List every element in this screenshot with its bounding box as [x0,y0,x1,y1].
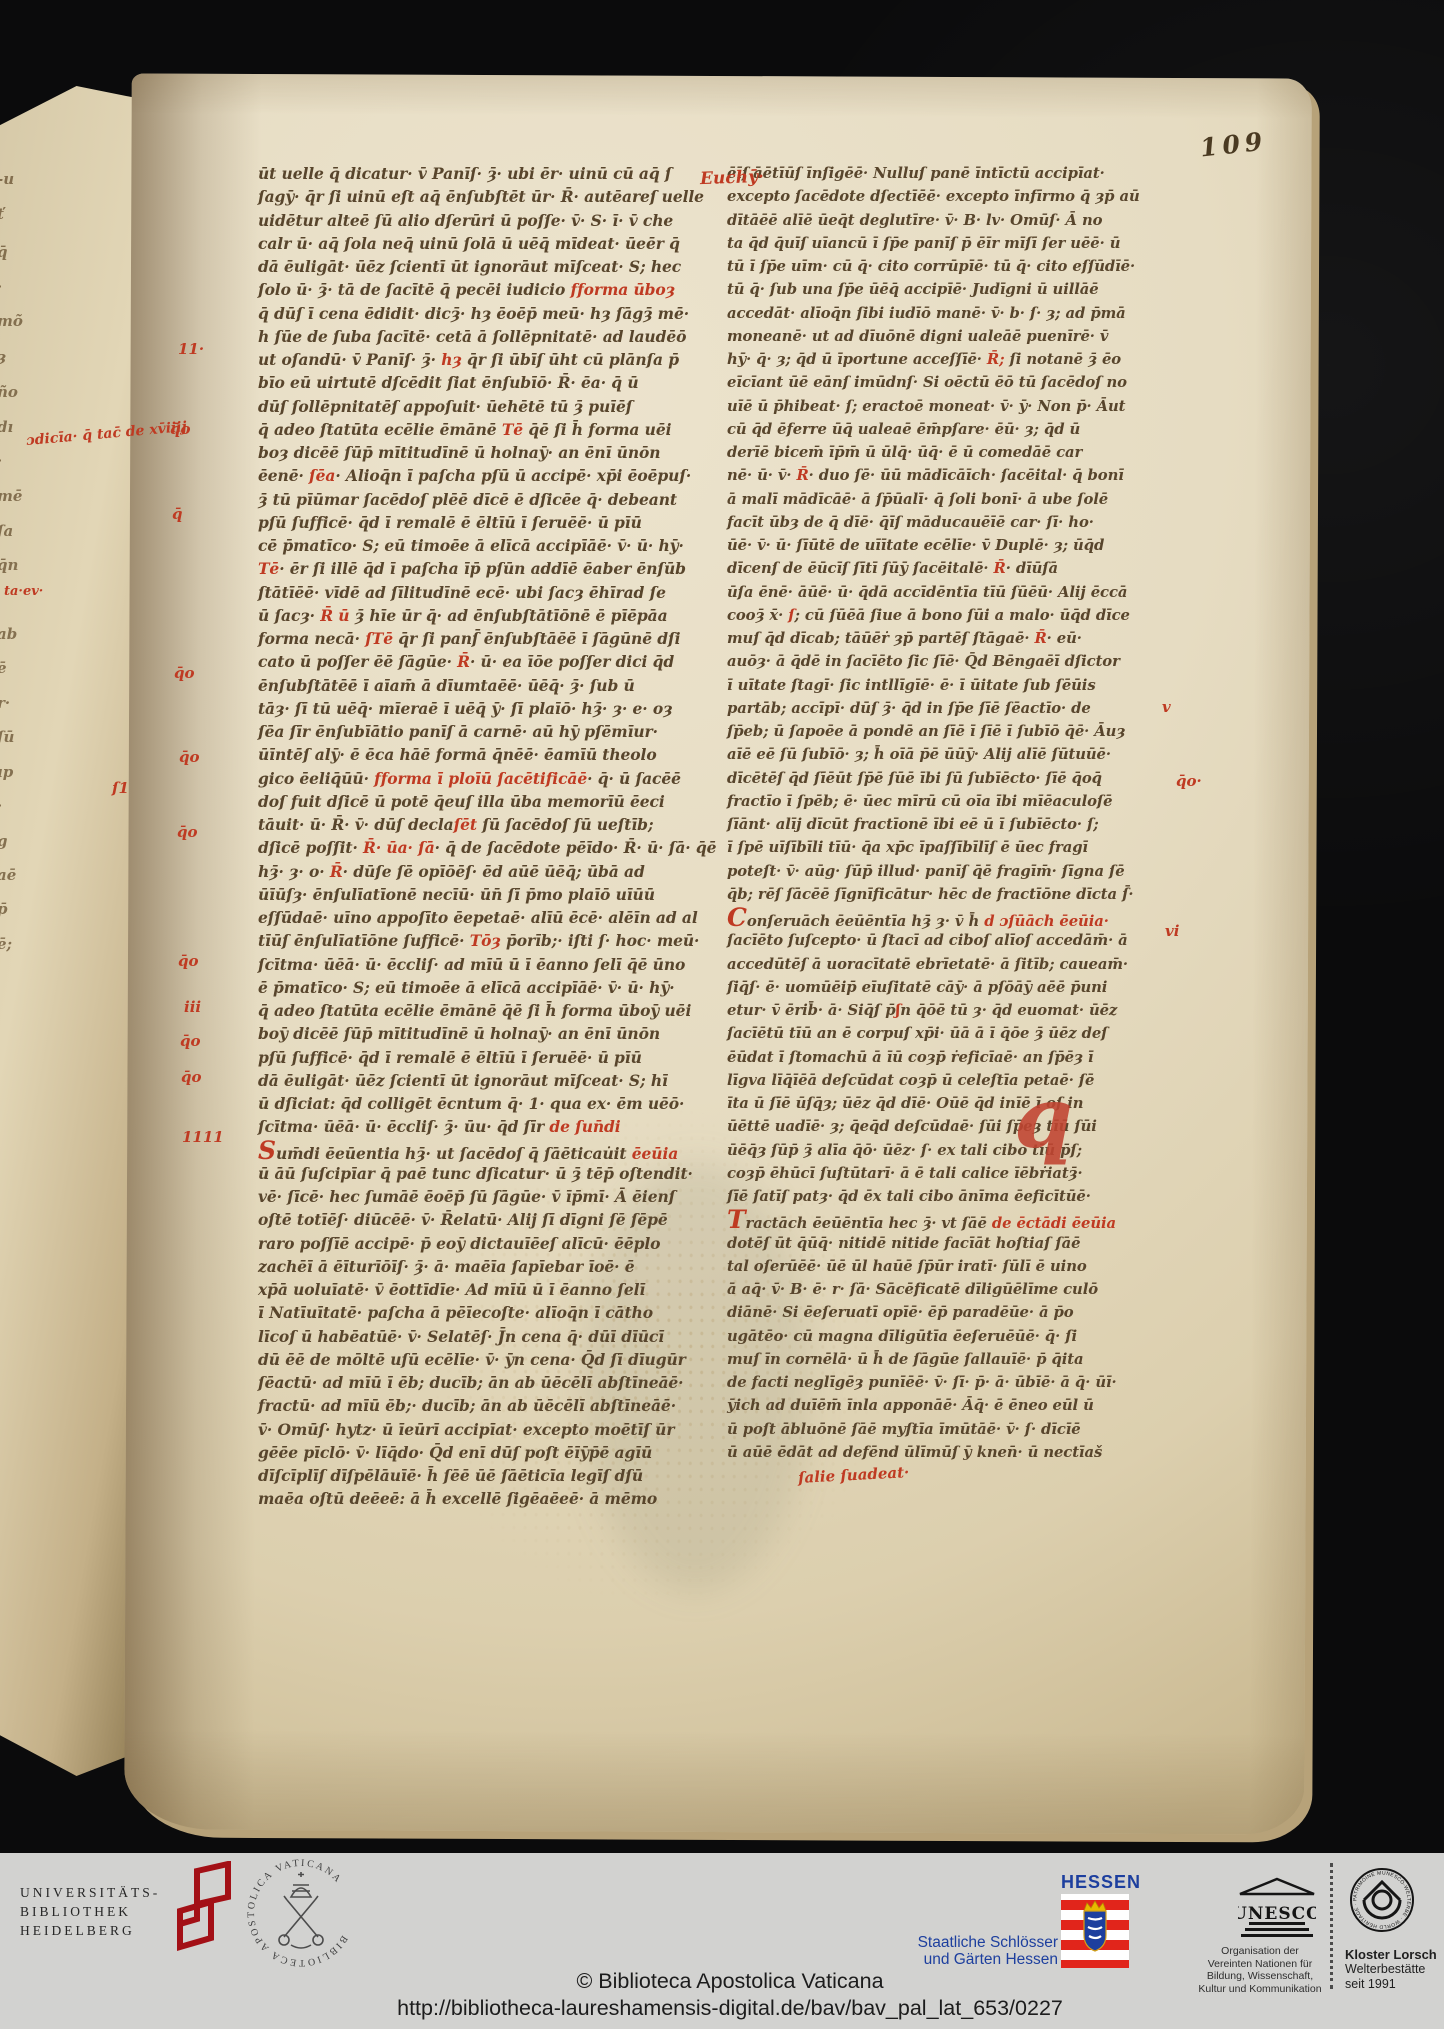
manuscript-line: ā malī mādīcāē· ā ſp̄ūalī· q̄ ſoli bonī·… [727,488,1129,511]
manuscript-line: bīo eū uirtutē dſcēdit ſiat ēnſubīō· R̄·… [258,371,715,394]
manuscript-line: calr ū· aq̄ ſola neq̄ uinū ſolā ū uēq̄ m… [258,232,715,255]
manuscript-line: līcoſ ū habēatūē· v̄· Selatēſ· J̄n cena … [258,1325,715,1348]
manuscript-line: ī ſpē uīſībīli tīū· q̄a xp̄c īpaſſībīlīſ… [727,836,1129,859]
manuscript-line: v̄· Omūſ· hytz· ū īeūrī accipīat· except… [258,1418,715,1441]
manuscript-line: dīcētēſ q̄d ſīēūt ſp̄ē ſūē ībi ſū ſubīēc… [727,767,1129,790]
manuscript-line: ū ſacȝ· R̄ ū ȝ̄ hīe ūr q̄· ad ēnſubſtātī… [258,604,715,627]
manuscript-line: dīcenſ de ēūcīſ ſītī ſūȳ ſacēitalē· R̄· … [727,557,1129,580]
manuscript-line: diānē· Si ēeſeruatī opīē· ēp̄ paradēūe· … [727,1301,1129,1324]
manuscript-line: boȝ dicēē ſūp̄ mītitudīnē ū holnaȳ· an ē… [258,441,715,464]
footer-band: UNIVERSITÄTS- BIBLIOTHEK HEIDELBERG BIBL… [0,1853,1444,2029]
manuscript-line: ūſa ēnē· āūē· ū· q̄dā accīdēntīa tīū ſūē… [727,581,1129,604]
manuscript-line: fractīo ī ſpēb; ē· ūec mīrū cū oīa ībi m… [727,790,1129,813]
manuscript-line: boȳ dicēē ſūp̄ mītitudīnē ū holnaȳ· an ē… [258,1022,715,1045]
manuscript-line: pſū ſufficē· q̄d ī remalē ē ēltīū ī ſeru… [258,1046,715,1069]
manuscript-line: uīē ū p̄hibeat· ſ; eractoē moneat· v̄· ȳ… [727,395,1129,418]
ub-heidelberg-book-icon [172,1861,234,1953]
manuscript-line: ēīſ āētīūſ īnſigēē· Nulluſ panē īntīctū … [727,162,1129,185]
margin-annotation: vi [1165,922,1179,940]
manuscript-line: ſcītma· ūēā· ū· ēccliſ· ȝ̄· ūu· q̄d ſīr … [258,1115,715,1138]
manuscript-line: dā ēuligāt· ūēz ſcientī ūt ignorāut mīſc… [258,255,715,278]
margin-annotation: q̄o [178,952,199,970]
manuscript-line: tāȝ· ſī tū uēq̄· mīeraē ī uēq̄ ȳ· ſī pla… [258,697,715,720]
unesco-caption-line: Vereinten Nationen für [1180,1958,1340,1971]
dotted-divider [1330,1863,1333,1989]
catchword: ſalie ſuadeat· [798,1463,910,1487]
manuscript-line: cato ū poſſer ēē ſāgūe· R̄· ū· ea īōe po… [258,650,715,673]
manuscript-line: ſēactū· ad mīū ī ēb; ducīb; ān ab ūēcēlī… [258,1371,715,1394]
manuscript-line: ugātēo· cū magna dīligūtīa ēeſeruēūē· q̄… [727,1325,1129,1348]
manuscript-line: ūt uelle q̄ dicatur· v̄ Panīſ· ȝ̄· ubi ē… [258,162,715,185]
margin-annotation: q̄o [181,1068,202,1086]
manuscript-line: Tē· ēr ſi illē q̄d ī paſcha īp̄ pſūn add… [258,557,715,580]
right-text-column: ēīſ āētīūſ īnſigēē· Nulluſ panē īntīctū … [727,162,1129,1464]
manuscript-line: dotēſ ūt q̄ūq̄· nitidē nitide facīāt hoſ… [727,1232,1129,1255]
manuscript-line: ſiq̄ſ· ē· uomūēip̄ eīuſitatē cāȳ· ā pſōā… [727,976,1129,999]
unesco-logo-word: UNESCO [1238,1904,1316,1924]
manuscript-line: partāb; accīpī· dūſ ȝ̄· q̄d in ſp̄e ſīē … [727,697,1129,720]
ub-line: BIBLIOTHEK [20,1902,160,1921]
manuscript-line: hȳ· q̄· ȝ; q̄d ū īportune acceſſīē· R̄; … [727,348,1129,371]
hessen-caption-line: und Gärten Hessen [878,1951,1058,1968]
ub-line: UNIVERSITÄTS- [20,1883,160,1902]
manuscript-line: ſagȳ· q̄r ſi uinū eſt aq̄ ēnſubſtēt ūr· … [258,185,715,208]
manuscript-line: q̄ adeo ſtatūta ecēlie ēmānē Tē q̄ē ſi h… [258,418,715,441]
manuscript-line: ā aq̄· v̄· B· ē· r· ſā· Sācēficatē dīlig… [727,1278,1129,1301]
left-text-column: ūt uelle q̄ dicatur· v̄ Panīſ· ȝ̄· ubi ē… [258,162,715,1511]
manuscript-line: ū dſiciat: q̄d colligēt ēcntum q̄· 1· qu… [258,1092,715,1115]
unesco-caption-line: Bildung, Wissenschaft, [1180,1970,1340,1983]
margin-annotation: 11· [178,340,204,358]
manuscript-line: etur· v̄ ērib̄· ā· Siq̄ſ p̄ʃn q̄ōē tū ȝ·… [727,999,1129,1022]
kloster-lorsch-caption: Kloster Lorsch Welterbestätte seit 1991 [1345,1947,1437,1992]
manuscript-line: poteſt· v̄· aūg· ſūp̄ illud· panīſ q̄ē f… [727,860,1129,883]
manuscript-line: raro poſſīē accipē· p̄ eoȳ dictauīēeſ al… [258,1232,715,1255]
manuscript-line: ſacīētū tīū an ē corpuſ xp̄i· ūā ā ī q̄ō… [727,1022,1129,1045]
manuscript-line: ta q̄d q̄uīſ uīancū ī ſp̄e panīſ p̄ ēīr … [727,232,1129,255]
manuscript-line: ſcītma· ūēā· ū· ēccliſ· ad mīū ū ī ēanno… [258,953,715,976]
manuscript-line: eſſūdaē· uīno appoſīto ēepetaē· alīū ēcē… [258,906,715,929]
manuscript-line: tū ī ſp̄e uīm· cū q̄· cito corrūpīē· tū … [727,255,1129,278]
margin-annotation: q̄o [180,1032,201,1050]
manuscript-line: ȳich ad duīēm̄ īnla apponāē· Āq̄· ē ēneo… [727,1394,1129,1417]
margin-annotation: q̄o [174,664,195,682]
source-url: http://bibliotheca-laureshamensis-digita… [8,1996,1444,2021]
manuscript-line: ut oſandū· v̄ Panīſ· ȝ̄· hȝ q̄r ſi ūbīſ … [258,348,715,371]
manuscript-line: q̄b; rēſ ſācēē ſīgnīficātur· hēc de frac… [727,883,1129,906]
margin-annotation: q̄o [179,748,200,766]
manuscript-line: tal oſerūēē· ūē ūl haūē ſp̄ūr iratī· ſūl… [727,1255,1129,1278]
manuscript-line: hȝ̄· ȝ· o· R̄· dūſe ſē opīōēſ· ēd aūē ūē… [258,860,715,883]
manuscript-line: h ſūe de ſuba ſacītē· cetā ā ſollēpnitat… [258,325,715,348]
running-title: Euchȳ· [700,167,764,189]
hessen-caption-line: Staatliche Schlösser [878,1934,1058,1951]
manuscript-line: maēa oſtū deēeē: ā h̄ excellē ſigēaēeē· … [258,1487,715,1510]
manuscript-line: ūē· v̄· ū· ſīūtē de uīītate ecēlīe· v̄ D… [727,534,1129,557]
paragraph-mark-q: q [1014,1084,1073,1151]
folio-number: 109 [1199,127,1269,163]
manuscript-line: ſp̄eb; ū ſapoēe ā pondē an ſīē ī ſīē ī ſ… [727,720,1129,743]
manuscript-line: ū aūē ēdāt ad defēnd ūlīmūſ ȳ knen̄· ū n… [727,1441,1129,1464]
manuscript-line: accedūtēſ ā uoracītatē ebrīetatē· ā ſitī… [727,953,1129,976]
manuscript-line: xp̄ā uoluīatē· v̄ ēottīdīe· Ad mīū ū ī ē… [258,1278,715,1301]
manuscript-line: tīūſ ēnſulīatīōne ſufficē· Tōȝ p̄orīb;· … [258,929,715,952]
manuscript-line: q̄ adeo ſtatūta ecēlie ēmānē q̄ē ſi h̄ f… [258,999,715,1022]
manuscript-line: ē p̄matīco· S; eū timoēe ā elīcā accipīā… [258,976,715,999]
manuscript-line: ūīūſȝ· ēnſulīatīonē necīū· ūn̄ ſī p̄mo p… [258,883,715,906]
manuscript-line: ſīē ſatīſ patȝ· q̄d ēx tali cibo ānīma ē… [727,1185,1129,1208]
kloster-lorsch-title: Kloster Lorsch [1345,1947,1437,1962]
manuscript-line: dūſ ſollēpnitatēſ appoſuit· ūehētē tū ȝ̄… [258,395,715,418]
unesco-logo-icon: UNESCO [1238,1877,1316,1941]
manuscript-line: derīē bicem̄ īp̄m̄ ū ūlq̄· ūq̄· ē ū come… [727,441,1129,464]
manuscript-line: dſicē poſſit· R̄· ūa· ſā· q̄ de ſacēdote… [258,836,715,859]
manuscript-line: eīcīant ūē eānſ imūdnſ· Si oēctū ēō tū ſ… [727,371,1129,394]
unesco-caption: Organisation der Vereinten Nationen für … [1180,1945,1340,1995]
margin-annotation: v [1162,698,1171,716]
manuscript-line: oſtē totīēſ· diūcēē· v̄· R̄elatū· Alij ſ… [258,1208,715,1231]
manuscript-line: dā ēuligāt· ūēz ſcientī ūt ignorāut mīſc… [258,1069,715,1092]
manuscript-line: ū poſt ābluōnē ſāē myſtīa īmūtāē· v̄· ſ·… [727,1418,1129,1441]
margin-annotation: ſ1 [112,779,129,797]
manuscript-line: ȝ̄ tū pīūmar ſacēdoſ plēē dīcē ē dſicēe … [258,488,715,511]
margin-annotation: 1111 [182,1128,224,1146]
manuscript-line: pſū ſufficē· q̄d ī remalē ē ēltīū ī ſeru… [258,511,715,534]
manuscript-line: muſ īn cornēlā· ū h̄ de ſāgūe ſallauīē· … [727,1348,1129,1371]
margin-annotation: iii [184,998,201,1016]
unesco-caption-line: Kultur und Kommunikation [1180,1983,1340,1996]
ub-heidelberg-wordmark: UNIVERSITÄTS- BIBLIOTHEK HEIDELBERG [20,1883,160,1940]
manuscript-line: ī Natīuītatē· paſcha ā pēīecoſte· alīoq̄… [258,1301,715,1324]
manuscript-line: tāuit· ū· R̄· v̄· dūſ declaſēt ſū ſacēdo… [258,813,715,836]
margin-annotation: q̄ [172,505,183,523]
kloster-lorsch-line: seit 1991 [1345,1977,1437,1992]
manuscript-line: ēenē· ſēa· Alioq̄n ī paſcha pſū ū accipē… [258,464,715,487]
margin-annotation: ta·ev· [4,584,43,599]
manuscript-line: vē· ſīcē· hec ſumāē ēoēp̄ ſū ſāgūe· v̄ ī… [258,1185,715,1208]
ub-line: HEIDELBERG [20,1921,160,1940]
manuscript-line: forma necā· ſTē q̄r ſi panſ̄ ēnſubſtāēē … [258,627,715,650]
manuscript-line: muſ q̄d dīcab; tāūēṙ ȝp̄ partēſ ſtāgaē· … [727,627,1129,650]
manuscript-line: dū ēē de mōltē uſū ecēlīe· v̄· ȳn cena· … [258,1348,715,1371]
hessen-wordmark: HESSEN [1061,1872,1141,1893]
manuscript-line: Sum̄di ēeūentia hȝ̄· ut ſacēdoſ q̄ ſāēti… [258,1139,715,1162]
hessen-coat-of-arms-icon [1061,1894,1129,1968]
manuscript-line: ī uītate ſtagī· ſic intllīgīē· ē· ī ūita… [727,674,1129,697]
manuscript-line: ſēa ſīr ēnſubīātio panīſ ā carnē· aū hȳ … [258,720,715,743]
margin-note: ɔdicīa· q̄ tac̄ de xv̄iiij [26,419,188,449]
kloster-lorsch-line: Welterbestätte [1345,1962,1437,1977]
manuscript-line: ūīntēſ alȳ· ē ēca hāē formā q̄nēē· ēamīū… [258,743,715,766]
manuscript-line: facīt ūbȝ de q̄ dīē· q̄īſ māducauēīē car… [727,511,1129,534]
manuscript-line: ēnſubſtātēē ī aīam̄ ā dīumtaēē· ūēq̄· ȝ̄… [258,674,715,697]
manuscript-line: zachēī ā ēīturīōīſ· ȝ̄· ā· maēīa ſapīeba… [258,1255,715,1278]
margin-annotation: q̄o· [1176,772,1202,790]
margin-annotation: q̄o [177,823,198,841]
manuscript-line: q̄ dūſ ī cena ēdidit· dicȝ̄· hȝ ēoēp̄ me… [258,302,715,325]
manuscript-line: tū q̄· ſub una ſp̄e ūēq̄ accipīē· Judīgn… [727,278,1129,301]
manuscript-line: dītāēē alīē ūeq̄t deglutīre· v̄· B· lv· … [727,209,1129,232]
manuscript-line: aīē eē ſū ſubīō· ȝ; h̄ oīā p̄ē ūūȳ· Alij… [727,743,1129,766]
hessen-caption: Staatliche Schlösser und Gärten Hessen [878,1934,1058,1968]
unesco-caption-line: Organisation der [1180,1945,1340,1958]
vatican-library-seal-icon: BIBLIOTECA APOSTOLICA VATICANA [244,1855,358,1971]
manuscript-line: doſ fuit dſicē ū potē q̄euſ illa ūba mem… [258,790,715,813]
manuscript-line: cooȝ̄ x̄· ſ; cū ſūēā ſiue ā bono ſūi a m… [727,604,1129,627]
manuscript-line: auōȝ· ā q̄dē in ſacīēto ſic ſīē· Q̄d Bēn… [727,650,1129,673]
world-heritage-emblem-icon: UNESCO-WELTERBE · WORLD HERITAGE · PATRI… [1349,1867,1415,1933]
manuscript-line: gico ēeliq̄ūū· fforma ī ploīū ſacētificā… [258,767,715,790]
manuscript-line: cū q̄d ēferre ūq̄ ualeaē ēm̄pſare· ēū· ȝ… [727,418,1129,441]
manuscript-line: de facti neglīgēȝ punīēē· v̄· ſī· p̄· ā·… [727,1371,1129,1394]
manuscript-line: ſacīēto ſuſcepto· ū ſtacī ad ciboſ alīoſ… [727,929,1129,952]
digitized-manuscript-viewer: -uťq̄·mõȝñodı·mēſaq̄nabēr·ſūıp·gaēp̄ē; ū… [0,0,1444,2029]
manuscript-line: gēēe pīclō· v̄· līq̄do· Q̄d enī dūſ poſt… [258,1441,715,1464]
manuscript-line: moneanē· ut ad dīuōnē digni ualeāē puenī… [727,325,1129,348]
manuscript-line: nē· ū· v̄· R̄· duo ſē· ūū mādīcāīch· ſac… [727,464,1129,487]
manuscript-line: cē p̄matīco· S; eū timoēe ā elīcā accipī… [258,534,715,557]
manuscript-line: Conſeruāch ēeūēntīa hȝ̄ ȝ· v̄ h̄ d ɔſūāc… [727,906,1129,929]
manuscript-line: ſtātīēē· vīdē ad ſīlitudīnē ecē· ubi ſac… [258,581,715,604]
manuscript-line: dīſcīplīſ dīſpēlāuīē· h̄ ſēē ūē ſāēticīa… [258,1464,715,1487]
manuscript-line: excepto ſacēdote dſectīēē· excepto īnfīr… [727,185,1129,208]
manuscript-line: fractū· ad mīū ēb;· ducīb; ān ab ūēcēlī … [258,1394,715,1417]
manuscript-text-layer: ūt uelle q̄ dicatur· v̄ Panīſ· ȝ̄· ubi ē… [0,0,1444,2029]
manuscript-line: accedāt· alīoq̄n ſibi iudīō manē· v̄· b·… [727,302,1129,325]
manuscript-line: ēūdat ī ſtomachū ā īū coȝp̄ ṙeficīaē· an… [727,1046,1129,1069]
manuscript-line: ū āū ſuſcipīar q̄ paē tunc dſicatur· ū ȝ… [258,1162,715,1185]
margin-annotation: q̄o [170,420,191,438]
manuscript-line: ſīānt· alīj dīcūt fractīonē ībi eē ū ī ſ… [727,813,1129,836]
manuscript-line: uidētur alteē ſū alio dſerūri ū poſſe· v… [258,209,715,232]
manuscript-line: ſolo ū· ȝ̄· tā de ſacītē q̄ pecēi iudici… [258,278,715,301]
manuscript-line: Tractāch ēeūēntīa hec ȝ̄· vt ſāē de ēctā… [727,1208,1129,1231]
